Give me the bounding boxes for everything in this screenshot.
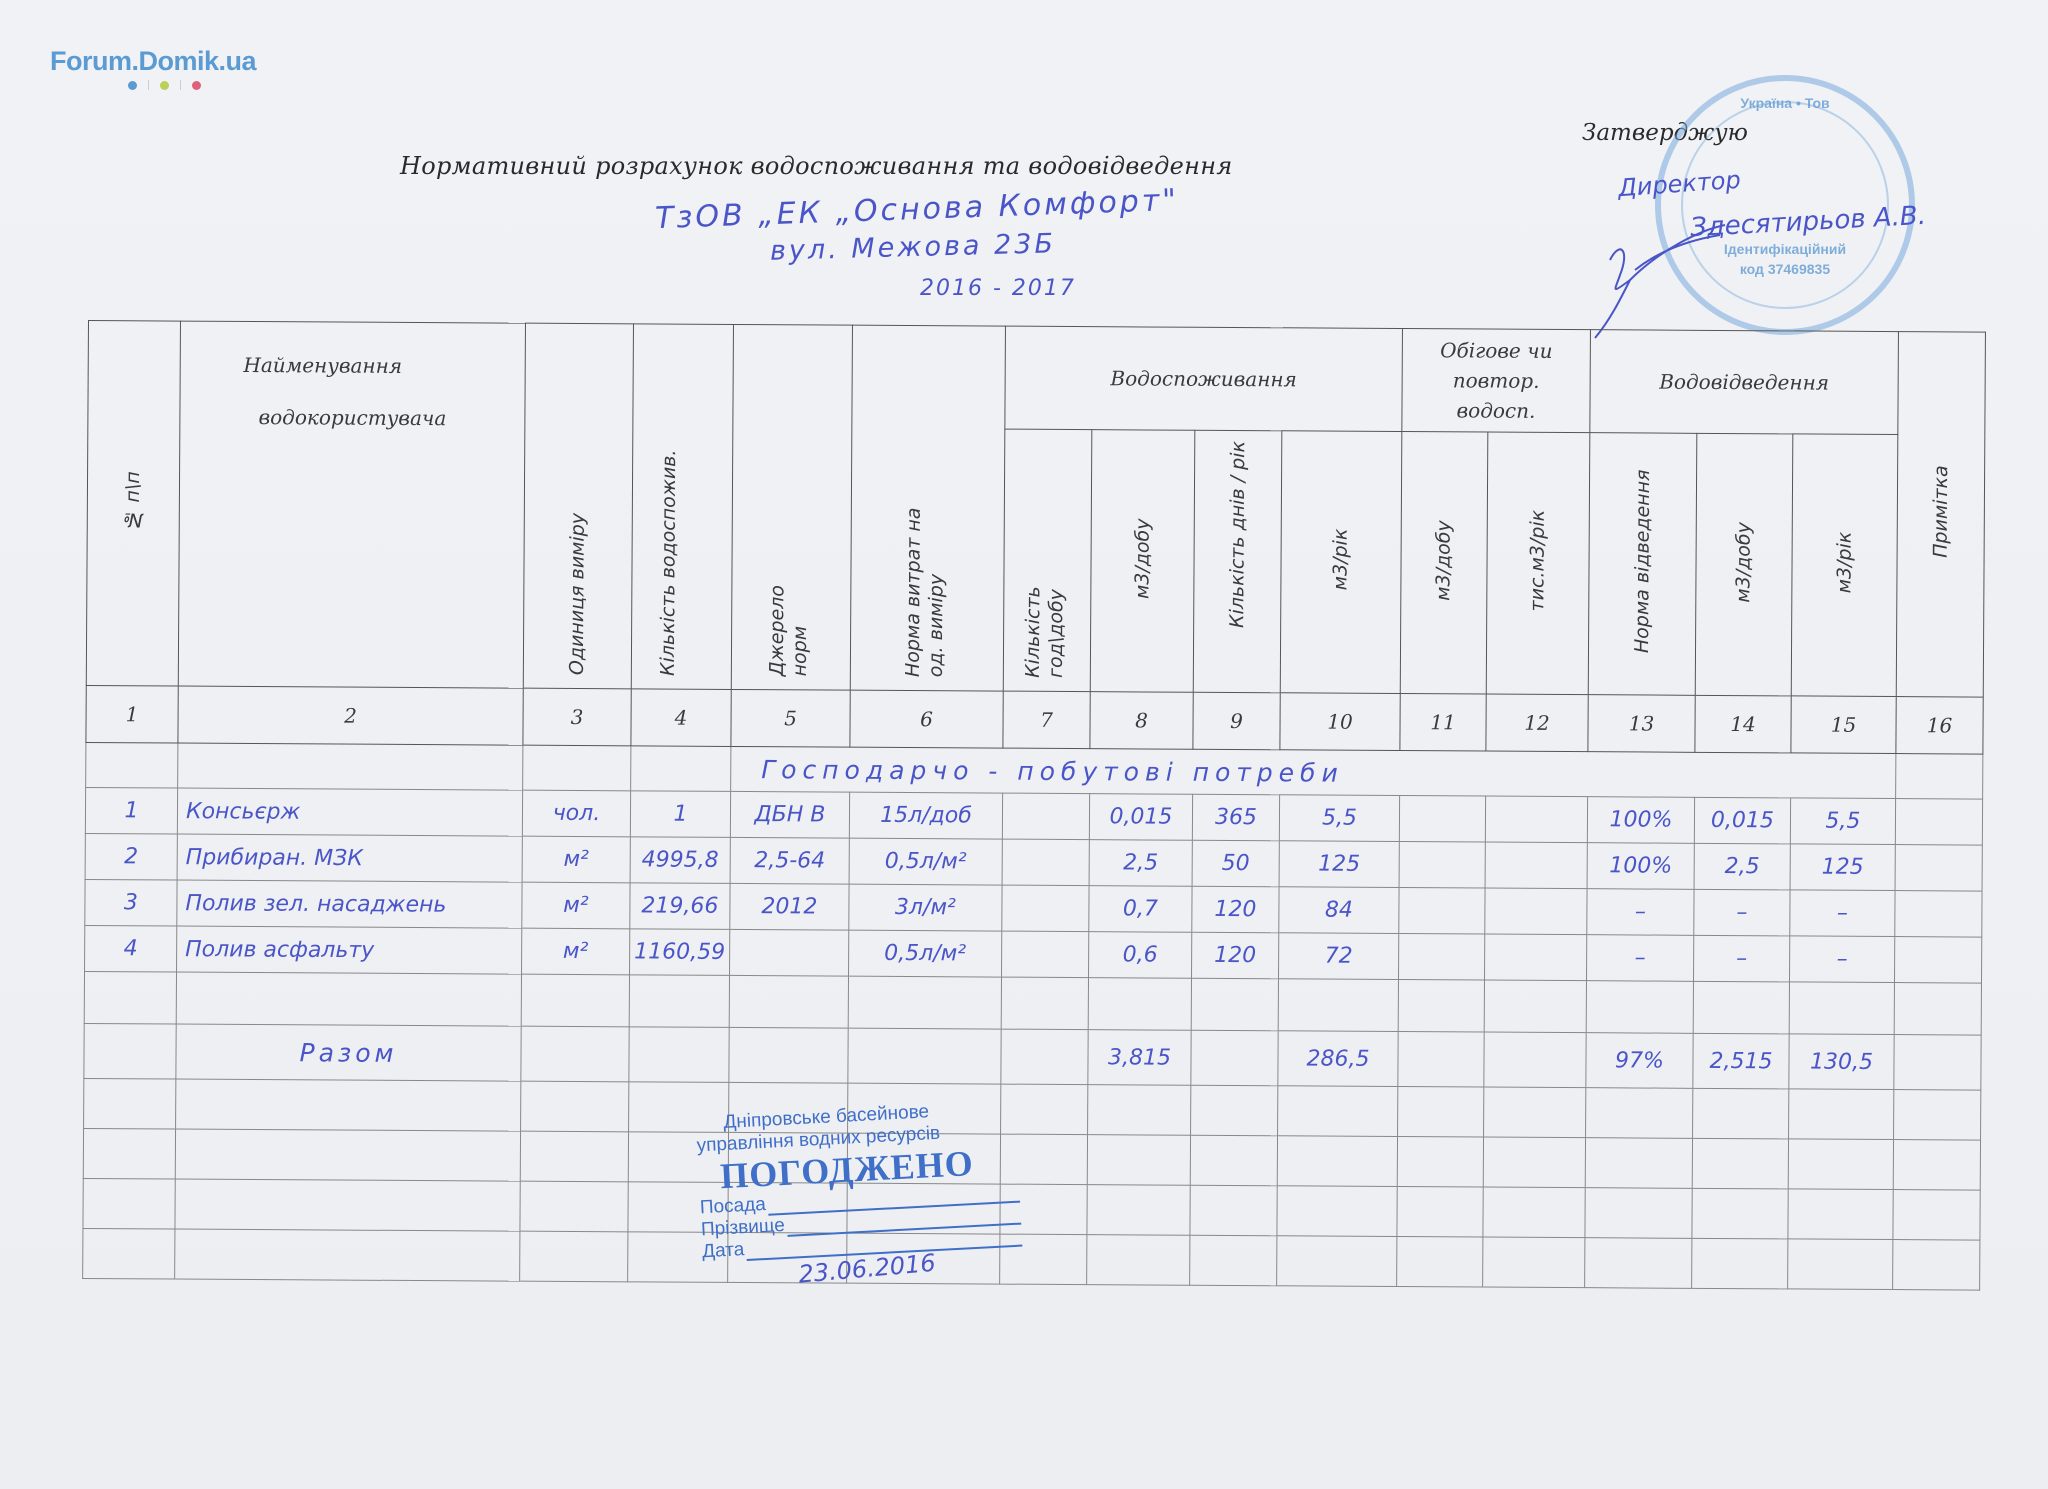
cell-qty: 4995,8	[642, 847, 719, 872]
cell-days: 120	[1214, 897, 1256, 922]
cell-norm: 15л/доб	[880, 803, 972, 829]
column-number: 5	[731, 689, 850, 747]
cell-disp-year: 125	[1822, 855, 1864, 880]
signature-icon	[1590, 220, 1730, 340]
column-number: 13	[1588, 695, 1695, 753]
column-number: 10	[1280, 693, 1400, 751]
agreement-stamp: Дніпровське басейнове управління водних …	[695, 1097, 1025, 1313]
header-disp-m3-year: м3/рік	[1791, 434, 1898, 697]
column-number: 16	[1896, 697, 1983, 755]
cell-name: Полив асфальту	[185, 937, 374, 963]
cell-disp-year: –	[1837, 947, 1848, 972]
header-consumers: Кількість водоспожив.	[631, 324, 733, 690]
cell-m3-year: 125	[1318, 852, 1360, 877]
total-disp-day: 2,515	[1709, 1048, 1772, 1073]
address: вул. Межова 23Б	[770, 228, 1057, 266]
total-m3-day: 3,815	[1108, 1045, 1171, 1070]
site-watermark: Forum.Domik.ua	[50, 46, 256, 77]
water-calculation-table: № п\п Найменування водокористувача Одини…	[82, 320, 1986, 1291]
cell-n: 4	[124, 936, 138, 961]
column-number: 14	[1695, 695, 1791, 753]
blank-rows	[83, 1078, 1981, 1290]
header-rec-m3-day: м3/добу	[1400, 432, 1488, 695]
header-disp-norm: Норма відведення	[1588, 433, 1697, 696]
column-number: 1	[86, 685, 178, 743]
blank-row	[83, 1228, 1980, 1290]
section-title: Господарчо - побутові потреби	[761, 755, 1344, 788]
column-number: 9	[1193, 692, 1280, 750]
header-hours: Кількість год\добу	[1003, 429, 1092, 692]
total-m3-year: 286,5	[1306, 1046, 1369, 1071]
header-days-year: Кількість днів / рік	[1193, 430, 1282, 693]
header-m3-day: м3/добу	[1090, 430, 1195, 693]
cell-m3-day: 2,5	[1123, 850, 1158, 875]
cell-source: 2,5-64	[754, 848, 825, 873]
cell-disp-day: 0,015	[1711, 808, 1774, 833]
cell-n: 2	[124, 844, 138, 869]
header-note: Примітка	[1896, 332, 1985, 698]
cell-days: 365	[1215, 805, 1257, 830]
column-number: 15	[1791, 696, 1896, 754]
cell-disp-norm: 100%	[1609, 807, 1672, 832]
total-disp-year: 130,5	[1810, 1049, 1873, 1074]
cell-m3-day: 0,6	[1123, 942, 1158, 967]
cell-norm: 0,5л/м²	[885, 849, 967, 874]
column-number: 11	[1400, 694, 1486, 752]
cell-m3-year: 84	[1325, 898, 1353, 923]
header-unit: Одиниця виміру	[523, 323, 633, 689]
cell-disp-norm: 100%	[1609, 853, 1672, 878]
header-group-recycle: Обігове чи повтор. водосп.	[1402, 329, 1591, 433]
cell-disp-day: –	[1736, 900, 1747, 925]
cell-m3-day: 0,7	[1123, 896, 1158, 921]
header-m3-year: м3/рік	[1280, 431, 1402, 694]
cell-days: 50	[1222, 851, 1250, 876]
column-number: 4	[631, 689, 731, 747]
total-disp-norm: 97%	[1615, 1048, 1664, 1073]
cell-disp-year: 5,5	[1825, 809, 1860, 834]
column-number: 3	[523, 688, 631, 746]
cell-unit: чол.	[553, 801, 601, 826]
dot-green	[160, 81, 169, 90]
header-group-disposal: Водовідведення	[1590, 330, 1899, 435]
dot-blue	[128, 81, 137, 90]
header-rec-th-m3-year: тис.м3/рік	[1486, 432, 1590, 695]
column-number: 6	[850, 690, 1003, 748]
cell-source: ДБН В	[754, 802, 825, 827]
document-page: Forum.Domik.ua Нормативний розрахунок во…	[0, 0, 2048, 1489]
column-number: 2	[178, 686, 523, 745]
cell-n: 3	[124, 890, 138, 915]
watermark-dots	[128, 80, 201, 90]
total-label: Разом	[300, 1038, 398, 1068]
cell-unit: м²	[563, 847, 589, 872]
cell-m3-year: 72	[1325, 944, 1353, 969]
cell-norm: 0,5л/м²	[884, 941, 966, 966]
header-disp-m3-day: м3/добу	[1695, 433, 1793, 696]
cell-source: 2012	[761, 894, 817, 919]
cell-m3-day: 0,015	[1109, 804, 1172, 829]
period: 2016 - 2017	[920, 276, 1076, 301]
cell-qty: 1	[673, 802, 687, 827]
cell-name: Прибиран. МЗК	[186, 845, 363, 871]
cell-n: 1	[124, 798, 138, 823]
cell-m3-year: 5,5	[1322, 806, 1357, 831]
header-source: Джерело норм	[731, 324, 852, 690]
column-number: 8	[1090, 692, 1193, 750]
cell-qty: 1160,59	[634, 939, 725, 965]
cell-unit: м²	[563, 893, 589, 918]
cell-name: Консьєрж	[186, 799, 301, 825]
cell-qty: 219,66	[641, 893, 718, 918]
header-name: Найменування водокористувача	[178, 321, 525, 688]
cell-unit: м²	[563, 939, 589, 964]
header-group-consumption: Водоспоживання	[1005, 326, 1403, 431]
data-rows: 1Консьєржчол.1ДБН В15л/доб0,0153655,5100…	[85, 787, 1983, 983]
cell-disp-day: –	[1736, 946, 1747, 971]
cell-disp-norm: –	[1635, 945, 1646, 970]
column-number: 7	[1003, 691, 1090, 749]
document-title: Нормативний розрахунок водоспоживання та…	[400, 152, 1233, 180]
cell-norm: 3л/м²	[895, 895, 956, 920]
header-num: № п\п	[86, 321, 180, 687]
dot-red	[192, 81, 201, 90]
cell-disp-norm: –	[1635, 899, 1646, 924]
header-norm: Норма витрат на од. виміру	[850, 325, 1005, 691]
cell-name: Полив зел. насаджень	[185, 891, 446, 918]
stamp-top-text: Україна • Тов	[1661, 95, 1909, 111]
column-number: 12	[1486, 694, 1588, 752]
cell-disp-day: 2,5	[1725, 854, 1760, 879]
organization-name: ТзОВ „ЕК „Основа Комфорт"	[655, 183, 1180, 236]
cell-days: 120	[1214, 943, 1256, 968]
cell-disp-year: –	[1837, 901, 1848, 926]
